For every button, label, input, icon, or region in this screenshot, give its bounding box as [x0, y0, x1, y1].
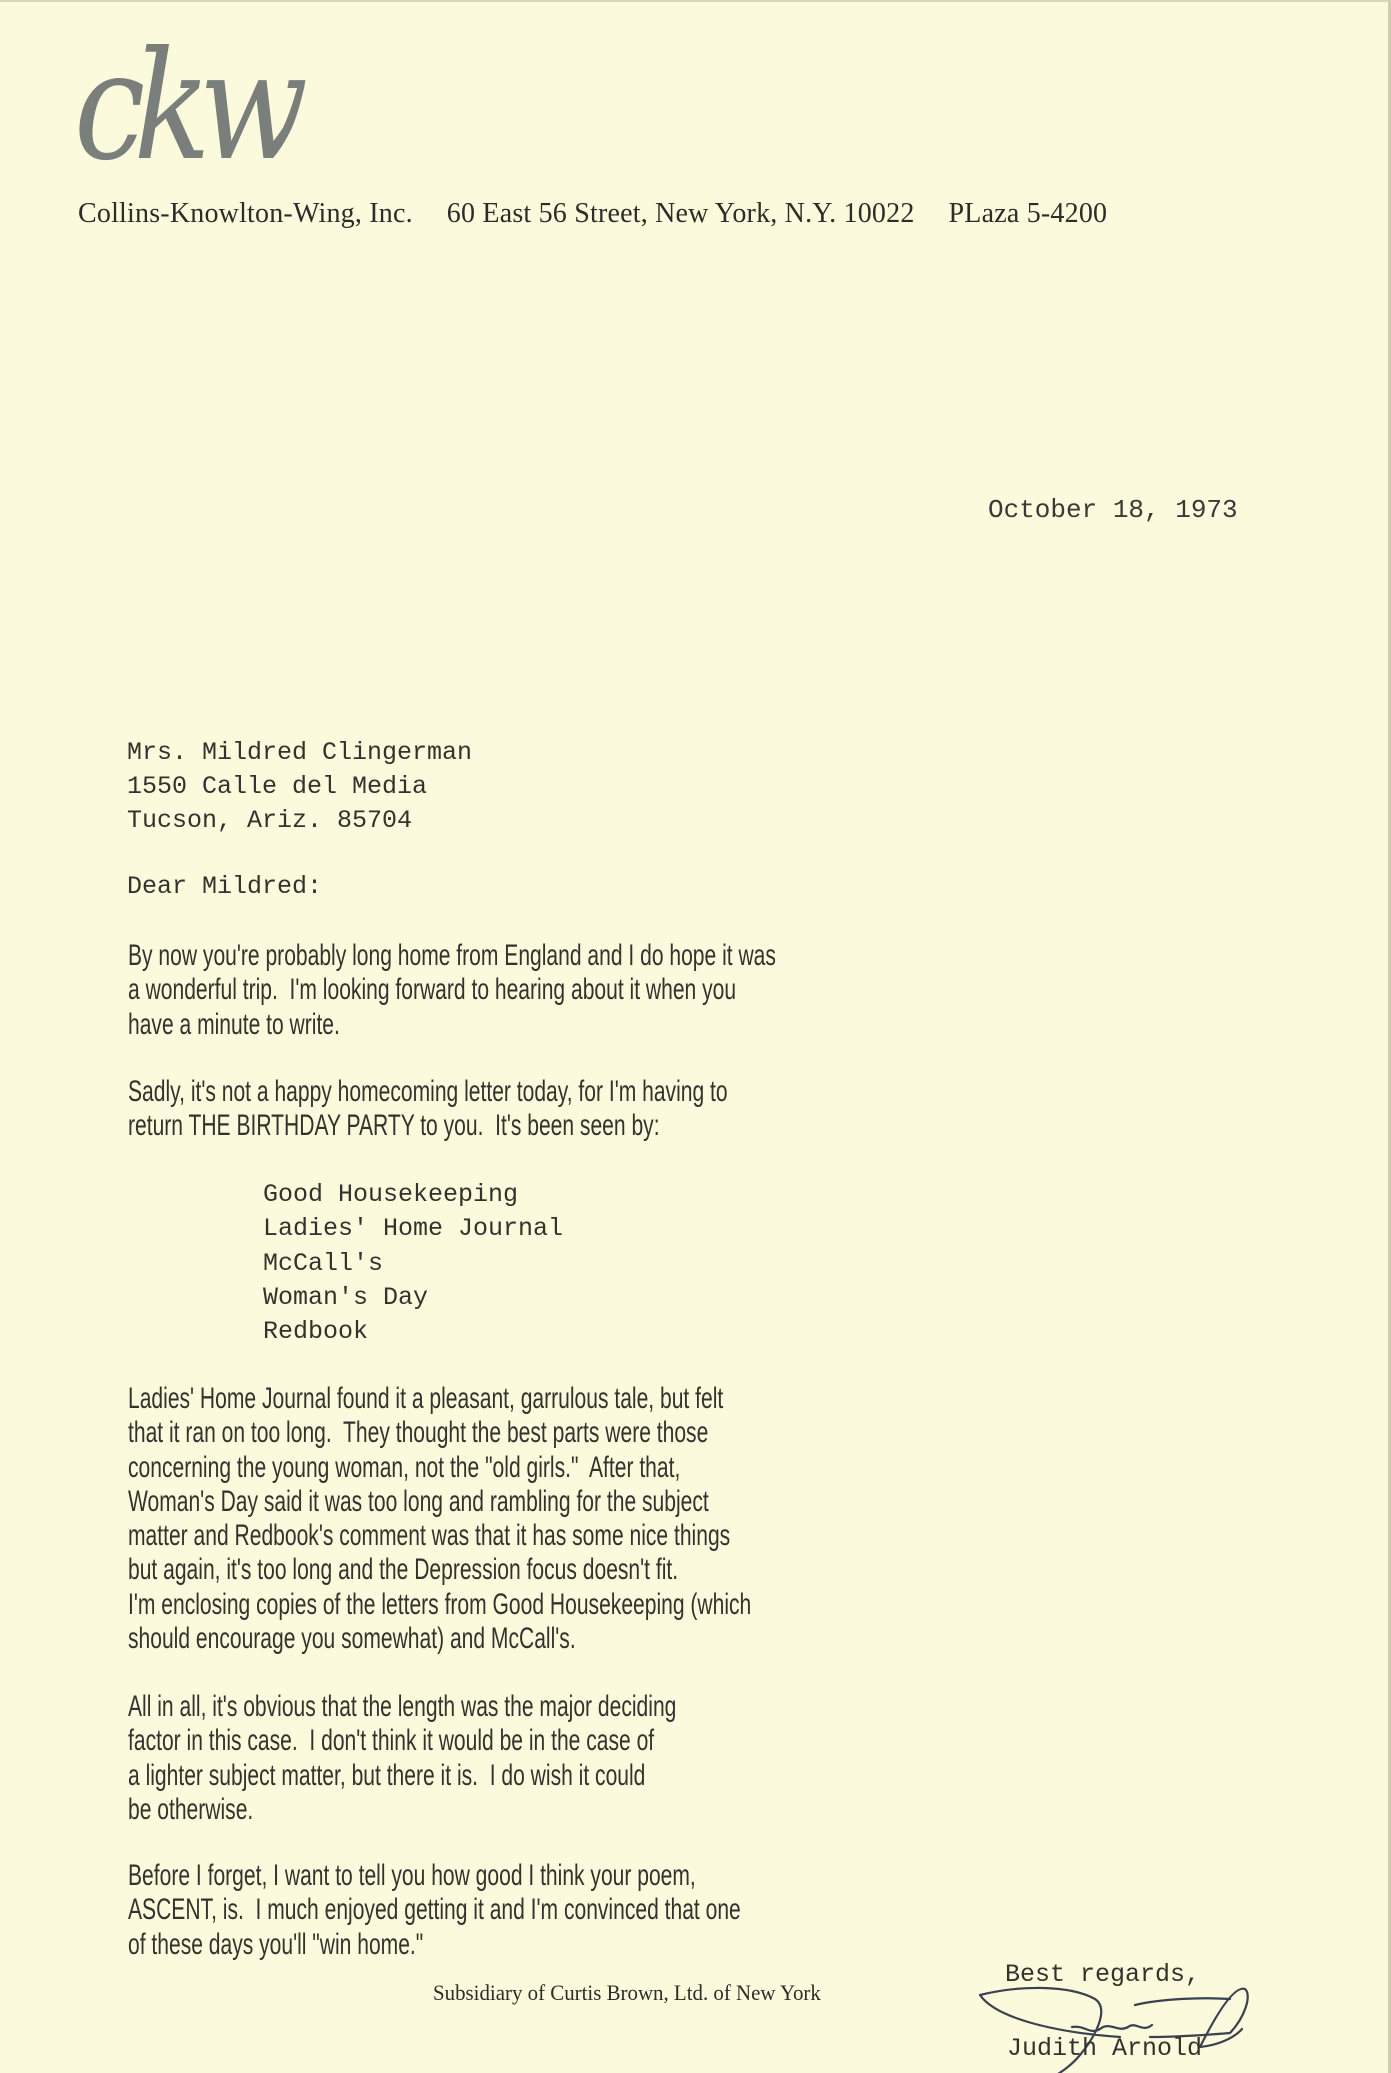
- body-line: All in all, it's obvious that the length…: [128, 1688, 1282, 1725]
- body-line: be otherwise.: [128, 1791, 1282, 1828]
- paragraph-5: Before I forget, I want to tell you how …: [128, 1857, 1282, 1960]
- body-line: that it ran on too long. They thought th…: [128, 1414, 1282, 1451]
- seen-by-list: Good Housekeeping Ladies' Home Journal M…: [263, 1178, 563, 1349]
- list-item: McCall's: [263, 1247, 563, 1281]
- recipient-address: Mrs. Mildred Clingerman 1550 Calle del M…: [127, 736, 472, 838]
- body-line: concerning the young woman, not the "old…: [128, 1449, 1282, 1486]
- list-item: Ladies' Home Journal: [263, 1212, 563, 1246]
- body-line: By now you're probably long home from En…: [128, 937, 1282, 974]
- footer-subsidiary: Subsidiary of Curtis Brown, Ltd. of New …: [433, 1980, 821, 2006]
- body-line: Woman's Day said it was too long and ram…: [128, 1483, 1282, 1520]
- recipient-city: Tucson, Ariz. 85704: [127, 804, 472, 838]
- recipient-name: Mrs. Mildred Clingerman: [127, 736, 472, 770]
- company-name: Collins-Knowlton-Wing, Inc.: [78, 198, 413, 229]
- recipient-street: 1550 Calle del Media: [127, 770, 472, 804]
- body-line: Before I forget, I want to tell you how …: [128, 1857, 1282, 1894]
- paragraph-2: Sadly, it's not a happy homecoming lette…: [128, 1073, 1282, 1142]
- salutation: Dear Mildred:: [127, 872, 322, 901]
- body-line: a lighter subject matter, but there it i…: [128, 1757, 1282, 1794]
- body-line: should encourage you somewhat) and McCal…: [128, 1620, 1282, 1657]
- list-item: Redbook: [263, 1315, 563, 1349]
- list-item: Woman's Day: [263, 1281, 563, 1315]
- body-line: return THE BIRTHDAY PARTY to you. It's b…: [128, 1107, 1282, 1144]
- signer-name: Judith Arnold: [1007, 2034, 1202, 2063]
- body-line: ASCENT, is. I much enjoyed getting it an…: [128, 1891, 1282, 1928]
- letter-date: October 18, 1973: [988, 495, 1238, 525]
- body-line: but again, it's too long and the Depress…: [128, 1551, 1282, 1588]
- body-line: have a minute to write.: [128, 1006, 1282, 1043]
- letterhead: Collins-Knowlton-Wing, Inc.60 East 56 St…: [78, 198, 1107, 230]
- body-line: I'm enclosing copies of the letters from…: [128, 1586, 1282, 1623]
- company-phone: PLaza 5-4200: [949, 198, 1108, 229]
- body-line: a wonderful trip. I'm looking forward to…: [128, 971, 1282, 1008]
- body-line: matter and Redbook's comment was that it…: [128, 1517, 1282, 1554]
- body-line: of these days you'll "win home.": [128, 1926, 1282, 1963]
- company-logo: ckw: [74, 32, 296, 182]
- paragraph-1: By now you're probably long home from En…: [128, 937, 1282, 1040]
- letter-page: ckw Collins-Knowlton-Wing, Inc.60 East 5…: [0, 0, 1391, 2073]
- paragraph-3: Ladies' Home Journal found it a pleasant…: [128, 1380, 1282, 1654]
- list-item: Good Housekeeping: [263, 1178, 563, 1212]
- body-line: factor in this case. I don't think it wo…: [128, 1722, 1282, 1759]
- body-line: Ladies' Home Journal found it a pleasant…: [128, 1380, 1282, 1417]
- body-line: Sadly, it's not a happy homecoming lette…: [128, 1073, 1282, 1110]
- paragraph-4: All in all, it's obvious that the length…: [128, 1688, 1282, 1825]
- company-address: 60 East 56 Street, New York, N.Y. 10022: [447, 198, 915, 229]
